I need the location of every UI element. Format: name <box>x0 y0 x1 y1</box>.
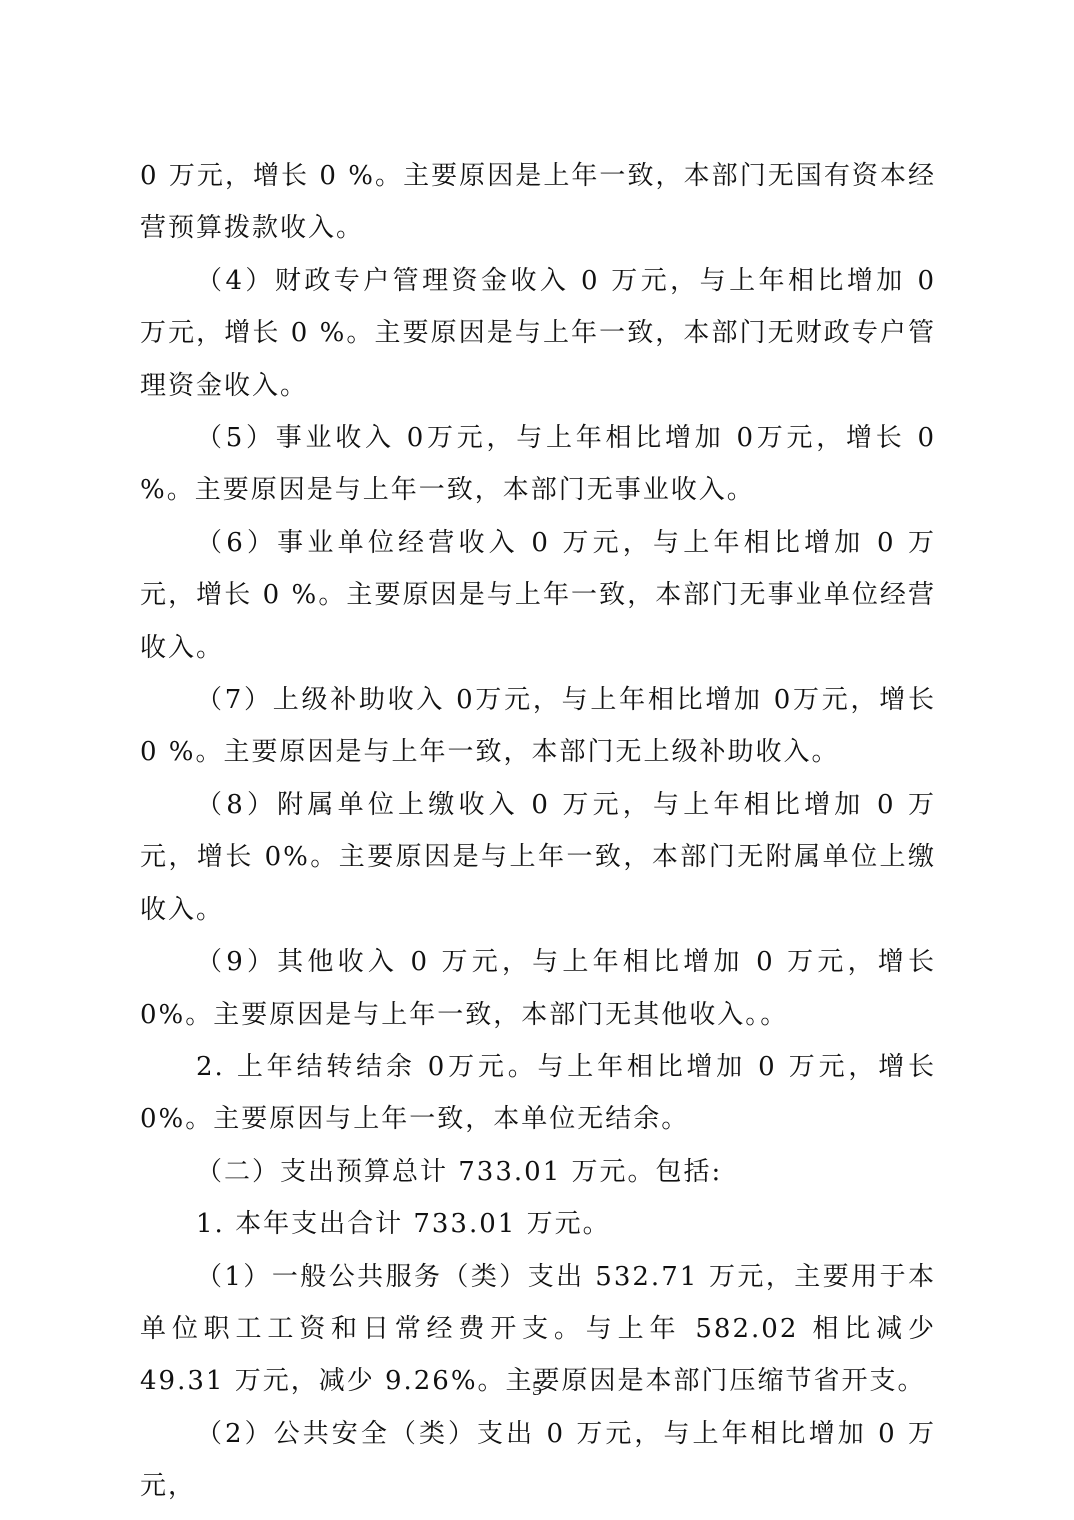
paragraph-public-security: （2）公共安全（类）支出 0 万元，与上年相比增加 0 万元， <box>140 1408 936 1513</box>
paragraph-affiliated-unit-income: （8）附属单位上缴收入 0 万元，与上年相比增加 0 万元，增长 0%。主要原因… <box>140 779 936 936</box>
paragraph-current-year-expenditure: 1. 本年支出合计 733.01 万元。 <box>140 1198 936 1250</box>
paragraph-prior-year-balance: 2. 上年结转结余 0万元。与上年相比增加 0 万元，增长 0%。主要原因与上年… <box>140 1041 936 1146</box>
paragraph-fiscal-account-income: （4）财政专户管理资金收入 0 万元，与上年相比增加 0 万元，增长 0 %。主… <box>140 255 936 412</box>
paragraph-other-income: （9）其他收入 0 万元，与上年相比增加 0 万元，增长 0%。主要原因是与上年… <box>140 936 936 1041</box>
paragraph-superior-subsidy-income: （7）上级补助收入 0万元，与上年相比增加 0万元，增长 0 %。主要原因是与上… <box>140 674 936 779</box>
document-body: 0 万元，增长 0 %。主要原因是上年一致，本部门无国有资本经营预算拨款收入。 … <box>140 150 936 1513</box>
document-page: 0 万元，增长 0 %。主要原因是上年一致，本部门无国有资本经营预算拨款收入。 … <box>0 0 1074 1520</box>
page-number: 5 <box>0 1378 1074 1401</box>
paragraph-business-income: （5）事业收入 0万元，与上年相比增加 0万元，增长 0 %。主要原因是与上年一… <box>140 412 936 517</box>
paragraph-state-capital-continued: 0 万元，增长 0 %。主要原因是上年一致，本部门无国有资本经营预算拨款收入。 <box>140 150 936 255</box>
paragraph-operating-income: （6）事业单位经营收入 0 万元，与上年相比增加 0 万元，增长 0 %。主要原… <box>140 517 936 674</box>
heading-expenditure-budget-total: （二）支出预算总计 733.01 万元。包括: <box>140 1146 936 1198</box>
